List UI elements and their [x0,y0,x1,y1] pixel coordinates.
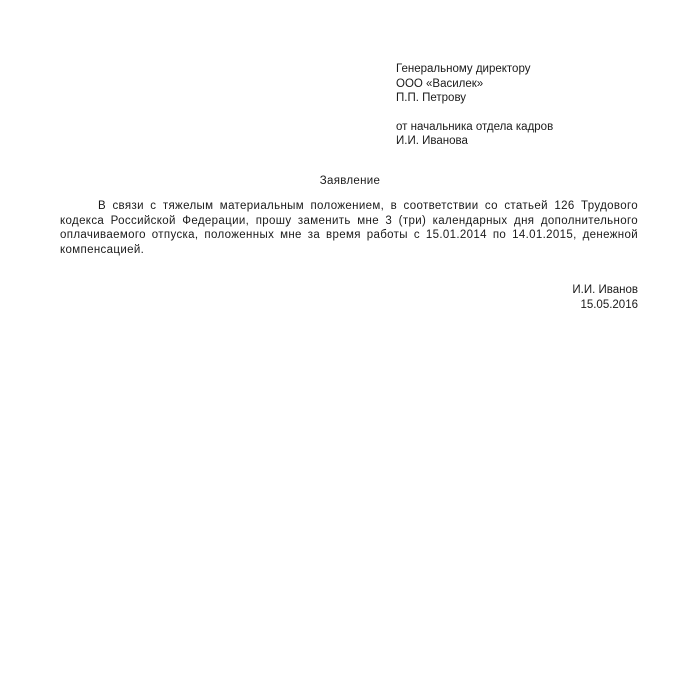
signature-block: И.И. Иванов 15.05.2016 [572,283,638,312]
addressee-spacer [396,106,553,120]
recipient-name: П.П. Петрову [396,91,553,106]
recipient-company: ООО «Василек» [396,77,553,92]
signature-date: 15.05.2016 [572,298,638,313]
signature-name: И.И. Иванов [572,283,638,298]
addressee-block: Генеральному директору ООО «Василек» П.П… [396,62,553,149]
document-body: В связи с тяжелым материальным положение… [60,199,638,257]
document-title-row: Заявление [0,174,700,188]
recipient-position: Генеральному директору [396,62,553,77]
sender-position: от начальника отдела кадров [396,120,553,135]
document-title: Заявление [320,174,380,188]
sender-name: И.И. Иванова [396,134,553,149]
document-page: Генеральному директору ООО «Василек» П.П… [0,0,700,685]
